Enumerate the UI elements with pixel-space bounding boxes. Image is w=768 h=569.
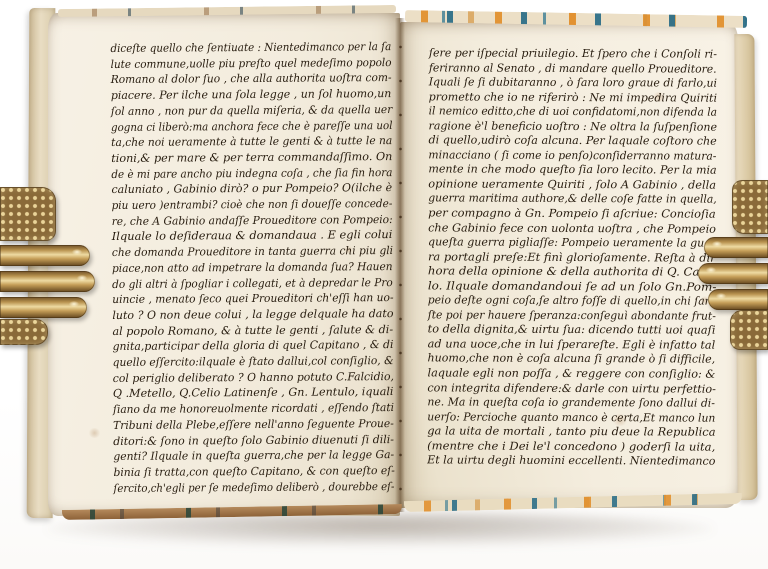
text-line: con integrita difendere:& darle con uirt… xyxy=(427,381,715,397)
text-line: ſte poi per hauere ſperanza:conſeguì abo… xyxy=(428,308,716,324)
text-line: lo. Ilquale domandandoui ſe ad un ſolo G… xyxy=(428,279,716,295)
clasp-ornament-plate xyxy=(0,319,48,345)
clasp-finger xyxy=(708,289,768,310)
text-line: di quello,udirò coſa alcuna. Per laquale… xyxy=(428,134,716,150)
text-line: ga la uita de mortali , tanto piu deue l… xyxy=(427,425,715,441)
text-line: ragione è'l beneficio uoſtro : Ne oltra … xyxy=(429,119,717,135)
left-page-text: diceſte quello che ſentiuate : Nientedim… xyxy=(110,39,394,496)
text-line: opinione ueramente Quiriti , ſolo A Gabi… xyxy=(428,177,716,193)
foxing-spot xyxy=(88,428,101,438)
text-line: queſta guerra pigliaſſe: Pompeio ueramen… xyxy=(428,235,716,251)
text-line: guerra maritima authore,& delle coſe fat… xyxy=(428,192,716,208)
clasp-ornament-plate xyxy=(0,187,56,241)
text-line: feriranno al Senato , di mandare quello … xyxy=(429,61,717,77)
text-line: ſercito,ch'egli per ſe medeſimo deliberò… xyxy=(113,479,394,497)
text-line: mente in che modo queſto ſia loro lecito… xyxy=(428,163,716,179)
right-page-text: ſere per iſpecial priuilegio. Et ſpero c… xyxy=(427,46,717,469)
text-line: minacciano ( ſi come io penſo)conſiderra… xyxy=(428,148,716,164)
text-line: il nemico editto,che di uoi confidatomi,… xyxy=(429,105,717,121)
text-line: ad una uoce,che in lui ſperareſte. Egli … xyxy=(428,337,716,353)
text-line: per compagno à Gn. Pompeio ſi aſcriue: C… xyxy=(428,206,716,222)
text-line: to della dignita,& uirtu ſua: dicendo tu… xyxy=(428,323,716,339)
text-line: prometto che io ne riferirò : Ne mi impe… xyxy=(429,90,717,106)
clasp-fingers xyxy=(698,237,768,310)
clasp-finger xyxy=(0,297,87,318)
photo-backdrop: diceſte quello che ſentiuate : Nientedim… xyxy=(0,0,768,569)
text-line: huomo,che non è coſa alcuna ſi grande ò … xyxy=(428,352,716,368)
clasp-ornament-plate xyxy=(730,310,768,350)
text-line: hora della opinione & della authorita di… xyxy=(428,265,716,281)
text-line: uerſo: Percioche quanto manco è certa,Et… xyxy=(427,410,715,426)
clasp-finger xyxy=(0,271,95,292)
text-line: peio deſte ogni coſa,ſe altro foſſe di q… xyxy=(428,294,716,310)
text-line: Iquali ſe ſi dubitaranno , ò ſara loro g… xyxy=(429,75,717,91)
open-book: diceſte quello che ſentiuate : Nientedim… xyxy=(0,0,768,569)
left-brass-clasp xyxy=(0,185,96,347)
text-line: (mentre che i Dei le'l concedono ) goder… xyxy=(427,439,715,455)
clasp-fingers xyxy=(0,245,95,318)
text-line: laquale egli non poſſa , & reggere con c… xyxy=(427,366,715,382)
text-line: ſere per iſpecial priuilegio. Et ſpero c… xyxy=(429,46,717,62)
gutter-speckles xyxy=(399,30,402,500)
right-brass-clasp xyxy=(698,180,768,352)
clasp-finger xyxy=(704,237,768,258)
text-line: Et la uirtu degli huomini eccellenti. Ni… xyxy=(427,454,715,470)
text-line: ra portagli preſe:Et finì glorioſamente.… xyxy=(428,250,716,266)
clasp-finger xyxy=(698,263,768,284)
clasp-ornament-plate xyxy=(732,180,768,234)
text-line: che Gabinio fece con uolonta uoſtra , ch… xyxy=(428,221,716,237)
text-line: ne. Ma in queſta coſa io grandemente ſon… xyxy=(427,395,715,411)
clasp-finger xyxy=(0,245,90,266)
